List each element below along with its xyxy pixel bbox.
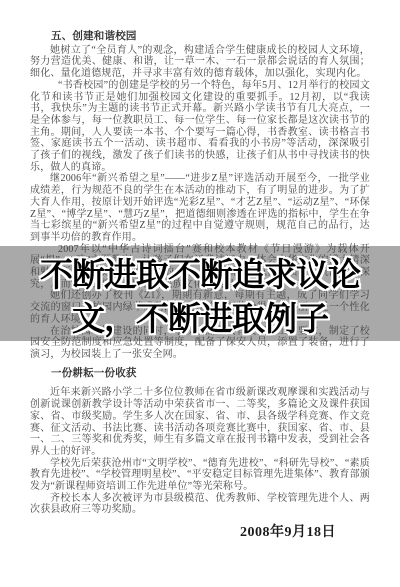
body-paragraph: 学校先后荣获沧州市“文明学校”、“德育先进校”、“科研先导校”、“素质教育先进校… [30,458,370,493]
section-heading-harmonious-campus: 五、创建和谐校园 [30,31,370,43]
overlay-article-title: 不断进取不断追求议论 文，不断进取例子 [0,253,400,341]
overlay-title-line1: 不断进取不断追求议论 [0,253,400,297]
body-paragraph: “书香校园”的创建是学校的另一个特色，每年5月、12月举行的校园文化节和读书节正… [30,80,370,174]
document-page: 五、创建和谐校园 她树立了“全员育人”的观念，构建适合学生健康成长的校园人文环境… [0,0,400,587]
body-paragraph: 齐校长本人多次被评为市县级模范、优秀教师、学校管理先进个人、两次获县政府三等功奖… [30,493,370,516]
section-heading-harvest: 一份耕耘一份收获 [30,368,370,380]
body-paragraph: 她树立了“全员育人”的观念，构建适合学生健康成长的校园人文环境，努力营造优美、健… [30,45,370,80]
body-paragraph: 近年来新兴路小学二十多位位教师在省市级新课改观摩课和实践活动与创新说课创新教学设… [30,387,370,457]
body-paragraph: 继2006年“新兴希望之星”——“进步Z星”评选活动开展至今，一批学业成绩差，行… [30,173,370,243]
overlay-title-line2: 文，不断进取例子 [0,297,400,341]
document-date: 2008年9月18日 [240,521,336,541]
